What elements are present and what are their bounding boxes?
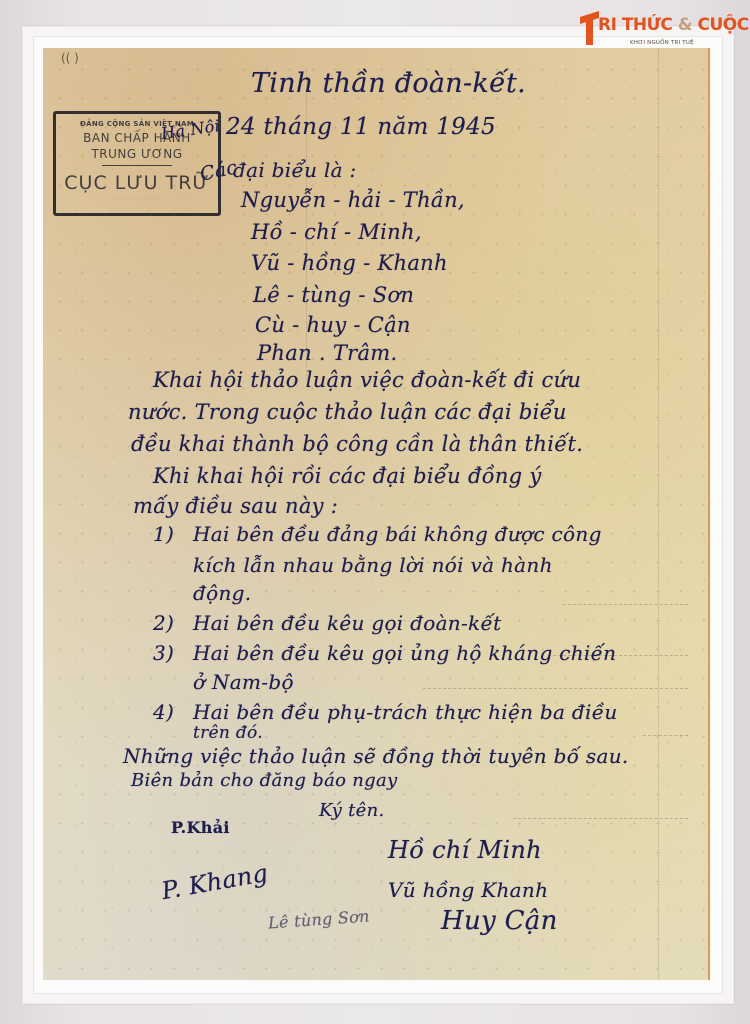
stamp-line-central: TRUNG ƯƠNG	[56, 147, 218, 161]
body-line: Khi khai hội rồi các đại biểu đồng ý	[153, 464, 542, 488]
signature-vu-hong-khanh: Vũ hồng Khanh	[388, 878, 548, 902]
signature-huy-can: Huy Cận	[441, 906, 558, 936]
stamp-line-archive: CỤC LƯU TRỮ	[56, 172, 218, 194]
delegate-name: Vũ - hồng - Khanh	[251, 251, 448, 275]
brand-name: RI THỨC & CUỘC SỐNG	[598, 15, 750, 35]
brand-name-part1: RI THỨC	[598, 15, 672, 35]
agreement-line: ở Nam-bộ	[193, 670, 294, 694]
historical-document: (( ) ĐẢNG CỘNG SẢN VIỆT NAM BAN CHẤP HÀN…	[43, 48, 710, 980]
agreement-line: trên đó.	[193, 723, 263, 743]
agreement-line: kích lẫn nhau bằng lời nói và hành	[193, 553, 553, 577]
signature-left: P. Khang	[159, 859, 270, 905]
delegates-intro: đại biểu là :	[233, 158, 357, 182]
agreement-line: Hai bên đều kêu gọi đoàn-kết	[193, 611, 501, 635]
valediction: Ký tên.	[319, 800, 385, 821]
agreement-line: động.	[193, 581, 251, 605]
delegate-name: Phan . Trâm.	[257, 341, 397, 365]
agreement-line: Hai bên đều đảng bái không được công	[193, 522, 602, 546]
stamp-footer: · · · · · · · · · · · ·	[56, 196, 218, 202]
dotted-guide	[563, 604, 688, 605]
publisher-logo: RI THỨC & CUỘC SỐNG KHƠI NGUỒN TRI TUỆ	[576, 6, 746, 52]
archive-corner-mark: (( )	[61, 51, 79, 65]
brand-ampersand: &	[678, 15, 692, 35]
signature-le-tung-son: Lê tùng Sơn	[267, 906, 370, 932]
delegate-name: Hồ - chí - Minh,	[251, 220, 422, 244]
agreement-number: 4)	[153, 700, 174, 724]
delegate-name: Nguyễn - hải - Thần,	[241, 188, 465, 212]
delegate-name: Lê - tùng - Sơn	[253, 283, 414, 307]
body-line: nước. Trong cuộc thảo luận các đại biểu	[128, 400, 567, 424]
body-line: mấy điều sau này :	[133, 494, 338, 518]
dotted-guide	[423, 688, 688, 689]
agreement-number: 1)	[153, 522, 174, 546]
agreement-line: Hai bên đều kêu gọi ủng hộ kháng chiến	[193, 641, 616, 665]
stamp-rule	[102, 165, 172, 166]
brand-name-part2: CUỘC SỐNG	[698, 15, 750, 35]
closing-line: Những việc thảo luận sẽ đồng thời tuyên …	[123, 744, 629, 768]
signature-stamp-left: P.Khải	[171, 818, 230, 837]
agreement-number: 3)	[153, 641, 174, 665]
paper-fold-line	[658, 48, 659, 980]
body-line: đều khai thành bộ công cần là thân thiết…	[131, 432, 583, 456]
dotted-guide	[643, 735, 688, 736]
document-title: Tinh thần đoàn-kết.	[251, 68, 526, 99]
body-line: Khai hội thảo luận việc đoàn-kết đi cứu	[153, 368, 581, 392]
signature-ho-chi-minh: Hồ chí Minh	[388, 836, 542, 864]
agreement-number: 2)	[153, 611, 174, 635]
document-date: 24 tháng 11 năm 1945	[226, 114, 496, 140]
closing-line: Biên bản cho đăng báo ngay	[131, 770, 397, 791]
brand-tagline: KHƠI NGUỒN TRI TUỆ	[630, 40, 694, 46]
delegate-name: Cù - huy - Cận	[255, 313, 411, 337]
agreement-line: Hai bên đều phụ-trách thực hiện ba điều	[193, 700, 618, 724]
dotted-guide	[513, 818, 688, 819]
